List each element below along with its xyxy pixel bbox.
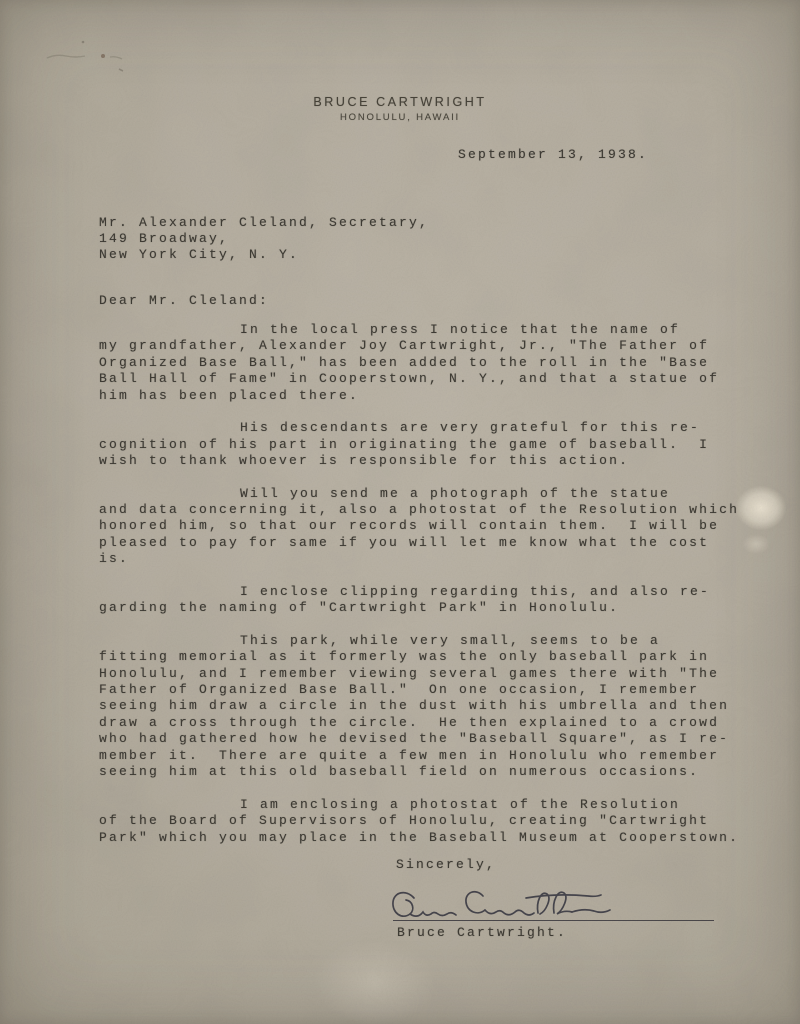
salutation: Dear Mr. Cleland: xyxy=(99,293,269,309)
date-line: September 13, 1938. xyxy=(458,147,648,163)
typed-signature-name: Bruce Cartwright. xyxy=(397,925,567,941)
recipient-city: New York City, N. Y. xyxy=(99,247,429,263)
paragraph-5: This park, while very small, seems to be… xyxy=(99,633,763,781)
paper-blemish-spot xyxy=(315,940,435,1024)
paragraph-2: His descendants are very grateful for th… xyxy=(99,420,763,469)
paragraph-3: Will you send me a photograph of the sta… xyxy=(99,486,763,568)
letterhead-name: BRUCE CARTWRIGHT xyxy=(0,95,800,109)
pencil-scribble-mark xyxy=(40,35,150,83)
valediction: Sincerely, xyxy=(396,857,496,873)
letterhead-location: HONOLULU, HAWAII xyxy=(0,112,800,123)
signature-block: Bruce Cartwright. xyxy=(388,886,722,946)
letter-page: BRUCE CARTWRIGHT HONOLULU, HAWAII Septem… xyxy=(0,0,800,1024)
recipient-name: Mr. Alexander Cleland, Secretary, xyxy=(99,215,429,231)
recipient-address: Mr. Alexander Cleland, Secretary, 149 Br… xyxy=(99,215,429,264)
paragraph-4: I enclose clipping regarding this, and a… xyxy=(99,584,763,617)
letterhead: BRUCE CARTWRIGHT HONOLULU, HAWAII xyxy=(0,95,800,123)
paragraph-1: In the local press I notice that the nam… xyxy=(99,322,763,404)
paragraph-6: I am enclosing a photostat of the Resolu… xyxy=(99,797,763,846)
recipient-street: 149 Broadway, xyxy=(99,231,429,247)
letter-body: In the local press I notice that the nam… xyxy=(99,322,763,862)
